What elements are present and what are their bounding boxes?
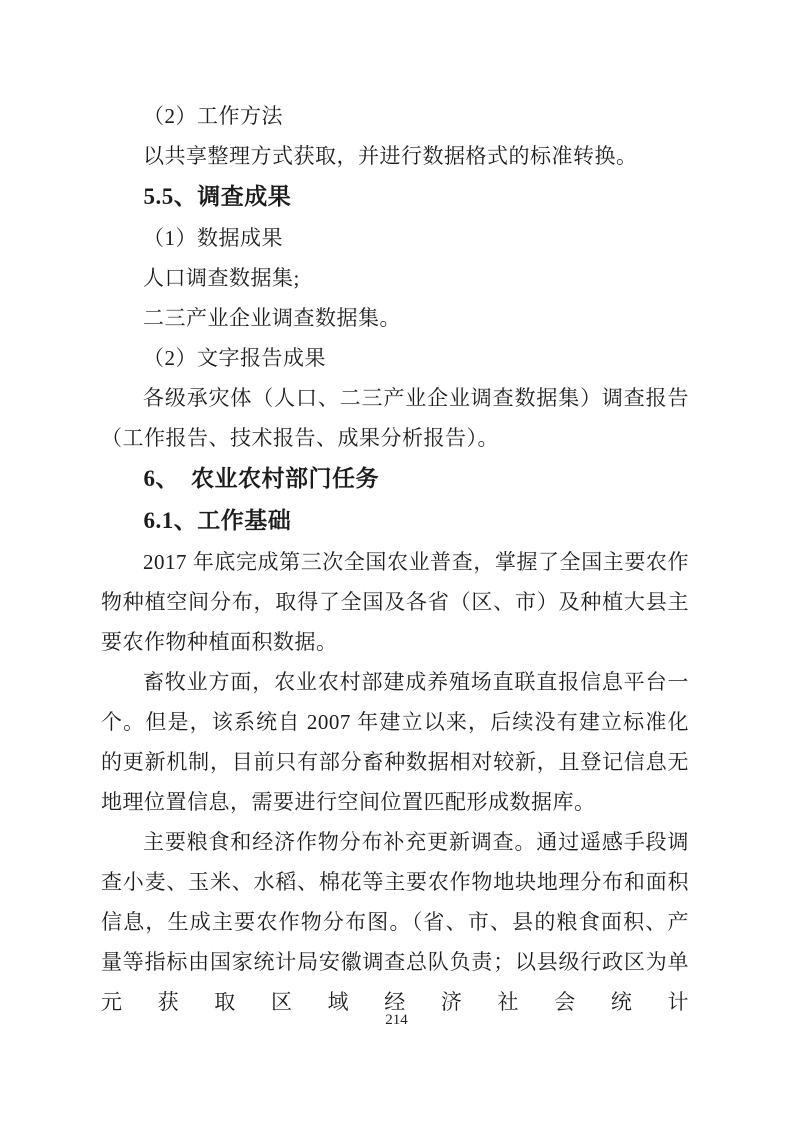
section-heading-6-1-work-basis: 6.1、工作基础 bbox=[101, 500, 689, 542]
paragraph-industry-dataset: 二三产业企业调查数据集。 bbox=[101, 298, 689, 338]
paragraph-work-method-label: （2）工作方法 bbox=[101, 96, 689, 136]
paragraph-data-results-label: （1）数据成果 bbox=[101, 218, 689, 258]
page-number: 214 bbox=[0, 1012, 793, 1029]
paragraph-crop-survey: 主要粮食和经济作物分布补充更新调查。通过遥感手段调查小麦、玉米、水稻、棉花等主要… bbox=[101, 822, 689, 1022]
paragraph-work-method-body: 以共享整理方式获取，并进行数据格式的标准转换。 bbox=[101, 136, 689, 176]
document-content: （2）工作方法 以共享整理方式获取，并进行数据格式的标准转换。 5.5、调查成果… bbox=[101, 96, 689, 1022]
document-page: （2）工作方法 以共享整理方式获取，并进行数据格式的标准转换。 5.5、调查成果… bbox=[0, 0, 793, 1122]
paragraph-text-report-label: （2）文字报告成果 bbox=[101, 338, 689, 378]
paragraph-report-description: 各级承灾体（人口、二三产业企业调查数据集）调查报告（工作报告、技术报告、成果分析… bbox=[101, 378, 689, 458]
section-heading-6-agriculture-tasks: 6、 农业农村部门任务 bbox=[101, 458, 689, 500]
paragraph-livestock-platform: 畜牧业方面，农业农村部建成养殖场直联直报信息平台一个。但是，该系统自 2007 … bbox=[101, 662, 689, 822]
section-heading-5-5-survey-results: 5.5、调查成果 bbox=[101, 176, 689, 218]
paragraph-population-dataset: 人口调查数据集; bbox=[101, 258, 689, 298]
paragraph-agricultural-census: 2017 年底完成第三次全国农业普查，掌握了全国主要农作物种植空间分布，取得了全… bbox=[101, 542, 689, 662]
